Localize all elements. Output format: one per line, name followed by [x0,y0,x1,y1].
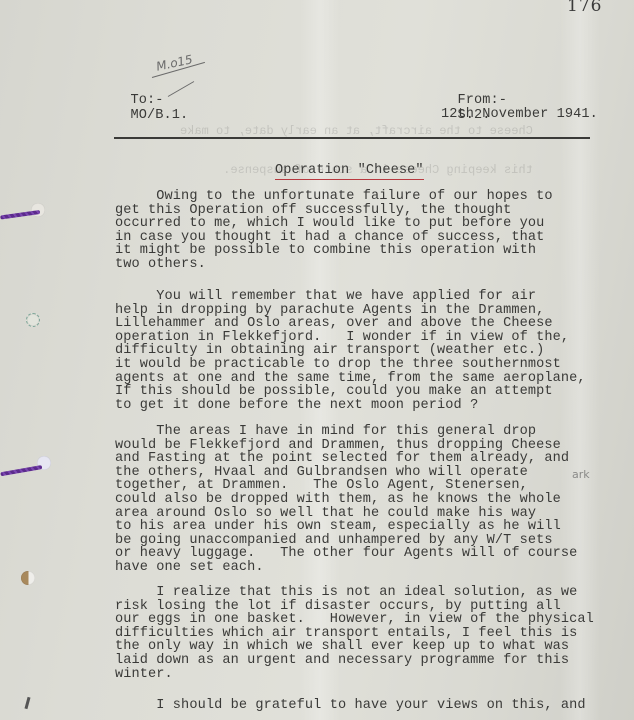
text-line: Owing to the unfortunate failure of our … [115,190,553,204]
text-line: Lillehammer and Oslo areas, over and abo… [115,317,586,331]
text-line: two others. [115,258,553,272]
text-line: to his area under his own steam, especia… [115,520,577,534]
document-title: Operation "Cheese" [275,163,424,180]
paragraph-5: I should be grateful to have your views … [115,699,586,713]
binding-string [0,465,42,476]
text-line: together, at Drammen. The Oslo Agent, St… [115,479,577,493]
text-line: the others, Hvaal and Gulbrandsen who wi… [115,466,577,480]
text-line: difficulties which air transport entails… [115,627,594,641]
text-line: I should be grateful to have your views … [115,699,586,713]
text-line: laid down as an urgent and necessary pro… [115,654,594,668]
text-line: have one set each. [115,561,577,575]
to-label: To:- [131,93,164,108]
text-line: area around Oslo so well that he could m… [115,507,577,521]
text-line: The areas I have in mind for this genera… [115,425,577,439]
text-line: help in dropping by parachute Agents in … [115,304,586,318]
text-line: agents at one and the same time, from th… [115,372,586,386]
header-divider [114,137,590,139]
text-line: to get it done before the next moon peri… [115,399,586,413]
paragraph-3: The areas I have in mind for this genera… [115,425,577,575]
text-line: would be Flekkefjord and Drammen, thus d… [115,439,577,453]
text-line: in case you thought it had a chance of s… [115,231,553,245]
margin-annotation: ark [572,468,590,481]
text-line: could also be dropped with them, as he k… [115,493,577,507]
binding-string [0,210,40,220]
text-line: the only way in which we shall ever keep… [115,640,594,654]
text-line: get this Operation off successfully, the… [115,204,553,218]
text-line: and Fasting at the point selected for th… [115,452,577,466]
text-line: risk losing the lot if disaster occurs, … [115,600,594,614]
text-line: You will remember that we have applied f… [115,290,586,304]
text-line: it might be possible to combine this ope… [115,244,553,258]
punch-hole [21,571,35,585]
text-line: our eggs in one basket. However, in view… [115,613,594,627]
text-line: it would be practicable to drop the thre… [115,358,586,372]
date: 12th November 1941. [441,107,598,122]
from-label: From:- [458,93,508,108]
paragraph-2: You will remember that we have applied f… [115,290,586,412]
paragraph-1: Owing to the unfortunate failure of our … [115,190,553,272]
pencil-mark [24,697,30,709]
text-line: If this should be possible, could you ma… [115,385,586,399]
paragraph-4: I realize that this is not an ideal solu… [115,586,594,681]
to-value: MO/B.1. [131,108,189,123]
text-line: winter. [115,668,594,682]
text-line: be going unaccompanied and unhampered by… [115,534,577,548]
text-line: difficulty in obtaining air transport (w… [115,344,586,358]
to-field: To:- MO/B.1. [114,78,188,123]
text-line: occurred to me, which I would like to pu… [115,217,553,231]
page-number: 176 [567,0,602,16]
punch-hole [26,313,40,327]
text-line: or heavy luggage. The other four Agents … [115,547,577,561]
text-line: I realize that this is not an ideal solu… [115,586,594,600]
text-line: operation in Flekkefjord. I wonder if in… [115,331,586,345]
